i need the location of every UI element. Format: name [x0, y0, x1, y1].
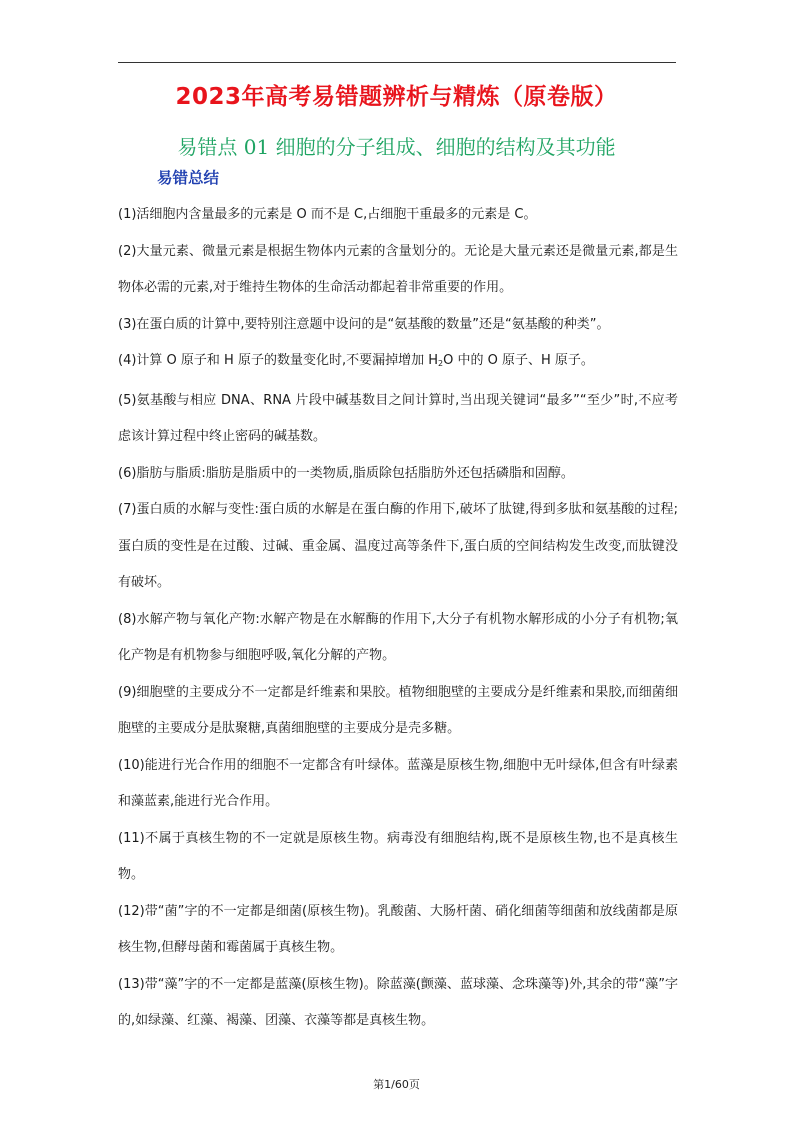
- paragraph-4-text: (4)计算 O 原子和 H 原子的数量变化时,不要漏掉增加 H: [118, 353, 438, 368]
- paragraph-9: (9)细胞壁的主要成分不一定都是纤维素和果胶。植物细胞壁的主要成分是纤维素和果胶…: [118, 675, 678, 748]
- document-body: (1)活细胞内含量最多的元素是 O 而不是 C,占细胞干重最多的元素是 C。 (…: [118, 197, 678, 1040]
- paragraph-11: (11)不属于真核生物的不一定就是原核生物。病毒没有细胞结构,既不是原核生物,也…: [118, 821, 678, 894]
- header-rule: [118, 62, 676, 63]
- paragraph-13: (13)带“藻”字的不一定都是蓝藻(原核生物)。除蓝藻(颤藻、蓝球藻、念珠藻等)…: [118, 967, 678, 1040]
- paragraph-7: (7)蛋白质的水解与变性:蛋白质的水解是在蛋白酶的作用下,破坏了肽键,得到多肽和…: [118, 492, 678, 602]
- paragraph-5: (5)氨基酸与相应 DNA、RNA 片段中碱基数目之间计算时,当出现关键词“最多…: [118, 383, 678, 456]
- paragraph-4-text-end: O 中的 O 原子、H 原子。: [443, 353, 594, 368]
- paragraph-3: (3)在蛋白质的计算中,要特别注意题中设问的是“氨基酸的数量”还是“氨基酸的种类…: [118, 307, 678, 344]
- paragraph-4: (4)计算 O 原子和 H 原子的数量变化时,不要漏掉增加 H2O 中的 O 原…: [118, 343, 678, 383]
- paragraph-10: (10)能进行光合作用的细胞不一定都含有叶绿体。蓝藻是原核生物,细胞中无叶绿体,…: [118, 748, 678, 821]
- paragraph-6: (6)脂肪与脂质:脂肪是脂质中的一类物质,脂质除包括脂肪外还包括磷脂和固醇。: [118, 456, 678, 493]
- section-title: 易错点 01 细胞的分子组成、细胞的结构及其功能: [0, 131, 793, 160]
- document-title: 2023年高考易错题辨析与精炼（原卷版）: [0, 78, 793, 111]
- sub-heading: 易错总结: [157, 166, 219, 188]
- paragraph-1: (1)活细胞内含量最多的元素是 O 而不是 C,占细胞干重最多的元素是 C。: [118, 197, 678, 234]
- page-number: 第1/60页: [0, 1076, 793, 1092]
- paragraph-8: (8)水解产物与氧化产物:水解产物是在水解酶的作用下,大分子有机物水解形成的小分…: [118, 602, 678, 675]
- paragraph-2: (2)大量元素、微量元素是根据生物体内元素的含量划分的。无论是大量元素还是微量元…: [118, 234, 678, 307]
- paragraph-12: (12)带“菌”字的不一定都是细菌(原核生物)。乳酸菌、大肠杆菌、硝化细菌等细菌…: [118, 894, 678, 967]
